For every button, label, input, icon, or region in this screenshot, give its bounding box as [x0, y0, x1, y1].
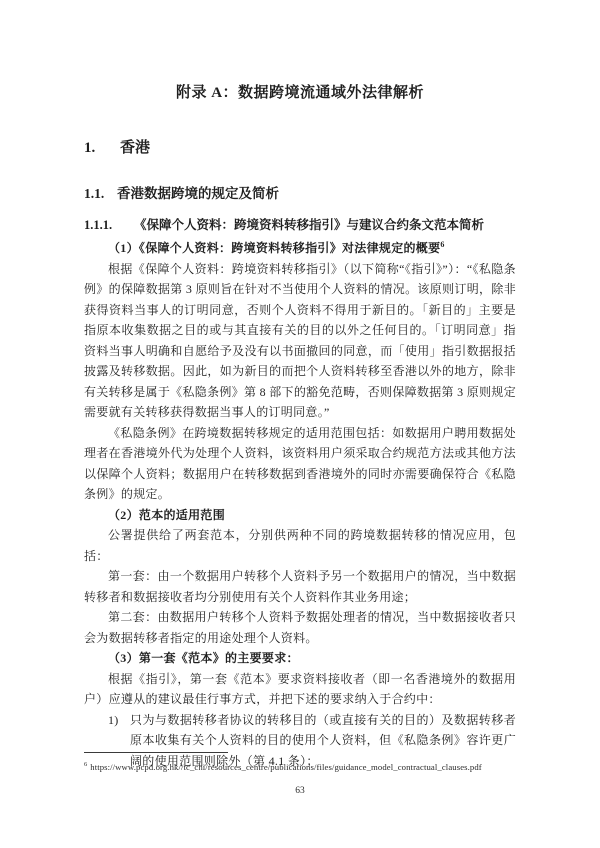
heading-level2: 1.1. 香港数据跨境的规定及简析 [84, 185, 516, 203]
paragraph-1: 根据《保障个人资料：跨境资料转移指引》（以下简称“《指引》”）：“《私隐条例》的… [84, 259, 516, 423]
heading-level3-number: 1.1.1. [84, 217, 134, 234]
page-number: 63 [0, 786, 600, 796]
document-page: 附录 A：数据跨境流通域外法律解析 1. 香港 1.1. 香港数据跨境的规定及简… [0, 0, 600, 848]
paragraph-4: 第一套：由一个数据用户转移个人资料予另一个数据用户的情况，当中数据转移者和数据接… [84, 566, 516, 607]
heading-level2-text: 香港数据跨境的规定及简析 [117, 185, 279, 203]
footnote-reference-superscript: 6 [440, 240, 444, 249]
footnote-url[interactable]: https://www.pcpd.org.hk//tc_chi/resource… [90, 762, 482, 772]
heading-level3-text: 《保障个人资料：跨境资料转移指引》与建议合约条文范本简析 [134, 217, 484, 234]
footnote-divider [84, 752, 228, 753]
footnote-marker: 6 [84, 761, 87, 768]
heading-level1: 1. 香港 [84, 138, 516, 158]
paragraph-3: 公署提供给了两套范本，分别供两种不同的跨境数据转移的情况应用，包括： [84, 525, 516, 566]
heading-level1-number: 1. [84, 138, 120, 158]
subsection-2-title: （2）范本的适用范围 [84, 505, 516, 526]
paragraph-5: 第二套：由数据用户转移个人资料予数据处理者的情况，当中数据接收者只会为数据转移者… [84, 607, 516, 648]
subsection-3-title: （3）第一套《范本》的主要要求： [84, 648, 516, 669]
subsection-1-title: （1）《保障个人资料：跨境资料转移指引》对法律规定的概要6 [84, 238, 516, 259]
heading-level3: 1.1.1. 《保障个人资料：跨境资料转移指引》与建议合约条文范本简析 [84, 217, 516, 234]
paragraph-6: 根据《指引》，第一套《范本》要求资料接收者（即一名香港境外的数据用户）应遵从的建… [84, 669, 516, 710]
paragraph-2: 《私隐条例》在跨境数据转移规定的适用范围包括：如数据用户聘用数据处理者在香港境外… [84, 423, 516, 505]
subsection-1-title-text: （1）《保障个人资料：跨境资料转移指引》对法律规定的概要 [108, 241, 440, 255]
document-body: （1）《保障个人资料：跨境资料转移指引》对法律规定的概要6 根据《保障个人资料：… [84, 238, 516, 771]
footnote-area: 6https://www.pcpd.org.hk//tc_chi/resourc… [84, 752, 516, 773]
heading-level1-text: 香港 [120, 138, 150, 158]
footnote: 6https://www.pcpd.org.hk//tc_chi/resourc… [84, 761, 516, 773]
appendix-title: 附录 A：数据跨境流通域外法律解析 [84, 84, 516, 102]
heading-level2-number: 1.1. [84, 185, 117, 203]
